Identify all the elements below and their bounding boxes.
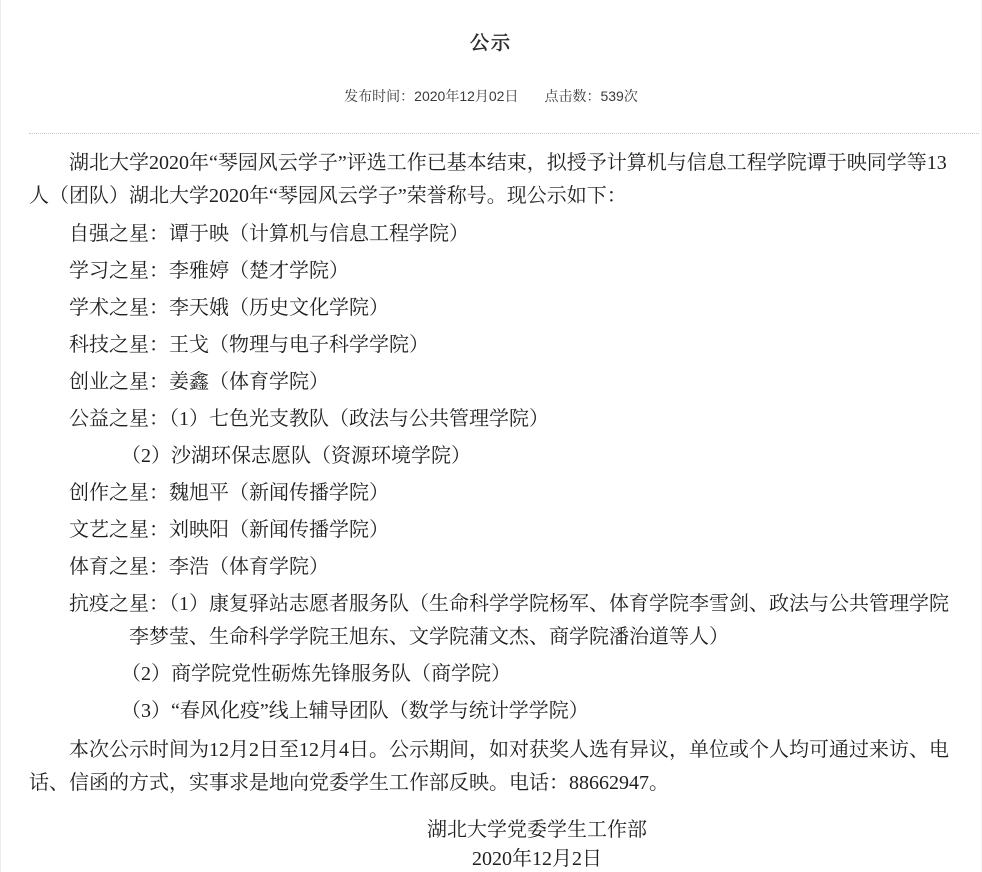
list-item: 科技之星：王戈（物理与电子科学学院） xyxy=(69,329,953,362)
signature-block: 湖北大学党委学生工作部 2020年12月2日 xyxy=(121,816,953,872)
click-count: 点击数：539次 xyxy=(544,88,637,104)
dotted-divider xyxy=(29,133,979,134)
signature-date: 2020年12月2日 xyxy=(121,845,953,872)
page-header: 公示 发布时间：2020年12月02日点击数：539次 xyxy=(1,0,981,106)
article-meta: 发布时间：2020年12月02日点击数：539次 xyxy=(1,86,981,106)
list-item: 学习之星：李雅婷（楚才学院） xyxy=(69,255,953,288)
list-item: （2）商学院党性砺炼先锋服务队（商学院） xyxy=(121,658,953,691)
signature-org: 湖北大学党委学生工作部 xyxy=(121,816,953,845)
list-item: （3）“春风化疫”线上辅导团队（数学与统计学学院） xyxy=(121,695,953,728)
notice-body: 湖北大学2020年“琴园风云学子”评选工作已基本结束，拟授予计算机与信息工程学院… xyxy=(29,147,953,872)
publish-time: 发布时间：2020年12月02日 xyxy=(344,88,518,104)
list-item: 学术之星：李天娥（历史文化学院） xyxy=(69,292,953,325)
list-item: （2）沙湖环保志愿队（资源环境学院） xyxy=(121,440,953,473)
award-list: 自强之星：谭于映（计算机与信息工程学院） 学习之星：李雅婷（楚才学院） 学术之星… xyxy=(29,218,953,728)
list-item: 公益之星：（1）七色光支教队（政法与公共管理学院） xyxy=(69,403,953,436)
list-item: 创作之星：魏旭平（新闻传播学院） xyxy=(69,477,953,510)
list-item: 自强之星：谭于映（计算机与信息工程学院） xyxy=(69,218,953,251)
intro-paragraph: 湖北大学2020年“琴园风云学子”评选工作已基本结束，拟授予计算机与信息工程学院… xyxy=(29,147,953,213)
notice-page: 公示 发布时间：2020年12月02日点击数：539次 湖北大学2020年“琴园… xyxy=(0,0,982,872)
list-item: 创业之星：姜鑫（体育学院） xyxy=(69,366,953,399)
list-item: 体育之星：李浩（体育学院） xyxy=(69,551,953,584)
list-item: 文艺之星：刘映阳（新闻传播学院） xyxy=(69,514,953,547)
list-item: 抗疫之星：（1）康复驿站志愿者服务队（生命科学学院杨军、体育学院李雪剑、政法与公… xyxy=(129,588,953,654)
closing-paragraph: 本次公示时间为12月2日至12月4日。公示期间，如对获奖人选有异议，单位或个人均… xyxy=(29,734,953,800)
page-title: 公示 xyxy=(1,28,981,55)
